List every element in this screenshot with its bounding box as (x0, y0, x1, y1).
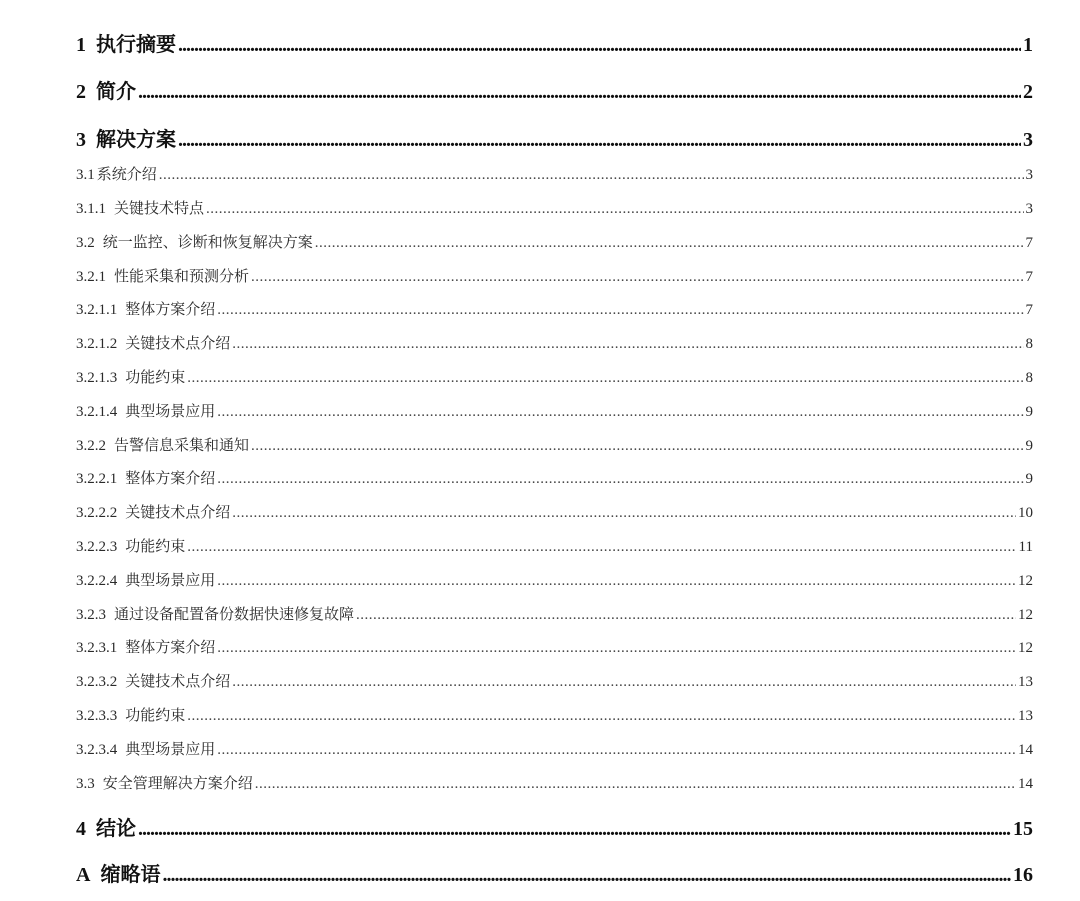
toc-title: 关键技术点介绍 (125, 336, 230, 352)
toc-title: 功能约束 (125, 708, 185, 724)
toc-number: 3.1 (76, 167, 95, 183)
dot-leader (162, 864, 1011, 887)
toc-number: 4 (76, 818, 86, 840)
dot-leader (217, 302, 1023, 319)
toc-title: 整体方案介绍 (125, 302, 215, 318)
dot-leader (315, 235, 1024, 252)
toc-entry-3-2-2-1[interactable]: 3.2.2.1整体方案介绍 9 (76, 467, 1033, 488)
toc-page-number: 9 (1026, 471, 1034, 488)
toc-entry-3-3[interactable]: 3.3安全管理解决方案介绍 14 (76, 772, 1033, 793)
dot-leader (356, 607, 1016, 624)
toc-page-number: 14 (1018, 776, 1033, 793)
toc-title: 缩略语 (100, 864, 160, 886)
toc-entry-3-1-1[interactable]: 3.1.1关键技术特点 3 (76, 197, 1033, 218)
toc-number: 3.2.2.1 (76, 471, 117, 487)
toc-entry-3-2-1[interactable]: 3.2.1性能采集和预测分析 7 (76, 265, 1033, 286)
toc-title: 解决方案 (96, 129, 176, 151)
toc-number: 3.2.2.3 (76, 539, 117, 555)
toc-number: 3.2 (76, 235, 95, 251)
toc-page-number: 12 (1018, 607, 1033, 624)
toc-number: 3.2.2.2 (76, 505, 117, 521)
toc-page-number: 13 (1018, 674, 1033, 691)
toc-number: 3.2.3.3 (76, 708, 117, 724)
toc-number: 3.2.1.2 (76, 336, 117, 352)
toc-entry-1[interactable]: 1执行摘要 1 (76, 28, 1033, 57)
toc-title: 执行摘要 (96, 34, 176, 56)
dot-leader (187, 370, 1023, 387)
dot-leader (178, 34, 1021, 57)
toc-entry-3-2[interactable]: 3.2统一监控、诊断和恢复解决方案 7 (76, 231, 1033, 252)
toc-page-number: 12 (1018, 640, 1033, 657)
dot-leader (187, 539, 1016, 556)
toc-title: 典型场景应用 (125, 742, 215, 758)
toc-page-number: 9 (1026, 438, 1034, 455)
toc-page-number: 15 (1013, 818, 1033, 841)
toc-title: 典型场景应用 (125, 573, 215, 589)
toc-entry-3[interactable]: 3解决方案 3 (76, 123, 1033, 152)
toc-number: 3.2.2.4 (76, 573, 117, 589)
toc-title: 性能采集和预测分析 (114, 269, 249, 285)
dot-leader (232, 674, 1016, 691)
toc-title: 简介 (96, 81, 136, 103)
toc-number: A (76, 864, 90, 886)
toc-number: 3.1.1 (76, 201, 106, 217)
dot-leader (178, 129, 1021, 152)
toc-page-number: 10 (1018, 505, 1033, 522)
toc-entry-3-2-3[interactable]: 3.2.3通过设备配置备份数据快速修复故障 12 (76, 603, 1033, 624)
toc-title: 结论 (96, 818, 136, 840)
toc-number: 1 (76, 34, 86, 56)
toc-title: 通过设备配置备份数据快速修复故障 (114, 607, 354, 623)
dot-leader (217, 404, 1023, 421)
toc-title: 整体方案介绍 (125, 471, 215, 487)
toc-number: 3.2.1.3 (76, 370, 117, 386)
toc-title: 功能约束 (125, 370, 185, 386)
toc-entry-3-2-3-3[interactable]: 3.2.3.3功能约束 13 (76, 704, 1033, 725)
toc-number: 3.2.3.1 (76, 640, 117, 656)
dot-leader (138, 818, 1011, 841)
toc-entry-4[interactable]: 4结论 15 (76, 812, 1033, 841)
toc-entry-3-1[interactable]: 3.1系统介绍 3 (76, 163, 1033, 184)
dot-leader (138, 81, 1021, 104)
toc-title: 关键技术点介绍 (125, 674, 230, 690)
dot-leader (232, 505, 1016, 522)
dot-leader (217, 471, 1023, 488)
toc-entry-3-2-1-2[interactable]: 3.2.1.2关键技术点介绍 8 (76, 332, 1033, 353)
toc-entry-3-2-2[interactable]: 3.2.2告警信息采集和通知 9 (76, 434, 1033, 455)
toc-page-number: 2 (1023, 81, 1033, 104)
toc-entry-3-2-1-3[interactable]: 3.2.1.3功能约束 8 (76, 366, 1033, 387)
toc-page-number: 8 (1026, 370, 1034, 387)
toc-page-number: 3 (1026, 167, 1034, 184)
toc-number: 3.2.3.2 (76, 674, 117, 690)
toc-entry-3-2-2-4[interactable]: 3.2.2.4典型场景应用 12 (76, 569, 1033, 590)
toc-page-number: 3 (1023, 129, 1033, 152)
toc-number: 3.2.1 (76, 269, 106, 285)
toc-number: 3.2.3 (76, 607, 106, 623)
toc-entry-3-2-1-1[interactable]: 3.2.1.1整体方案介绍 7 (76, 298, 1033, 319)
toc-page-number: 12 (1018, 573, 1033, 590)
toc-entry-3-2-2-2[interactable]: 3.2.2.2关键技术点介绍 10 (76, 501, 1033, 522)
toc-number: 3.3 (76, 776, 95, 792)
toc-number: 3.2.1.4 (76, 404, 117, 420)
toc-number: 3.2.3.4 (76, 742, 117, 758)
toc-entry-a[interactable]: A缩略语 16 (76, 858, 1033, 887)
toc-number: 3.2.2 (76, 438, 106, 454)
toc-page-number: 7 (1026, 235, 1034, 252)
toc-page-number: 1 (1023, 34, 1033, 57)
toc-page-number: 13 (1018, 708, 1033, 725)
toc-entry-3-2-3-2[interactable]: 3.2.3.2关键技术点介绍 13 (76, 670, 1033, 691)
dot-leader (187, 708, 1016, 725)
toc-page-number: 11 (1019, 539, 1033, 556)
dot-leader (159, 167, 1024, 184)
toc-number: 2 (76, 81, 86, 103)
toc-title: 统一监控、诊断和恢复解决方案 (103, 235, 313, 251)
toc-page-number: 9 (1026, 404, 1034, 421)
dot-leader (255, 776, 1016, 793)
dot-leader (217, 640, 1016, 657)
toc-entry-3-2-2-3[interactable]: 3.2.2.3功能约束 11 (76, 535, 1033, 556)
dot-leader (217, 573, 1016, 590)
dot-leader (217, 742, 1016, 759)
toc-page-number: 16 (1013, 864, 1033, 887)
toc-page-number: 7 (1026, 269, 1034, 286)
toc-title: 关键技术特点 (114, 201, 204, 217)
toc-page-number: 3 (1026, 201, 1034, 218)
toc-title: 整体方案介绍 (125, 640, 215, 656)
toc-page-number: 8 (1026, 336, 1034, 353)
dot-leader (251, 438, 1023, 455)
dot-leader (206, 201, 1023, 218)
toc-title: 系统介绍 (97, 167, 157, 183)
dot-leader (232, 336, 1023, 353)
toc-entry-3-2-3-4[interactable]: 3.2.3.4典型场景应用 14 (76, 738, 1033, 759)
toc-title: 安全管理解决方案介绍 (103, 776, 253, 792)
dot-leader (251, 269, 1023, 286)
toc-entry-2[interactable]: 2简介 2 (76, 75, 1033, 104)
toc-title: 告警信息采集和通知 (114, 438, 249, 454)
toc-page-number: 7 (1026, 302, 1034, 319)
toc-title: 关键技术点介绍 (125, 505, 230, 521)
toc-entry-3-2-3-1[interactable]: 3.2.3.1整体方案介绍 12 (76, 636, 1033, 657)
toc-number: 3 (76, 129, 86, 151)
toc-title: 功能约束 (125, 539, 185, 555)
toc-entry-3-2-1-4[interactable]: 3.2.1.4典型场景应用 9 (76, 400, 1033, 421)
toc-page-number: 14 (1018, 742, 1033, 759)
toc-number: 3.2.1.1 (76, 302, 117, 318)
toc-title: 典型场景应用 (125, 404, 215, 420)
